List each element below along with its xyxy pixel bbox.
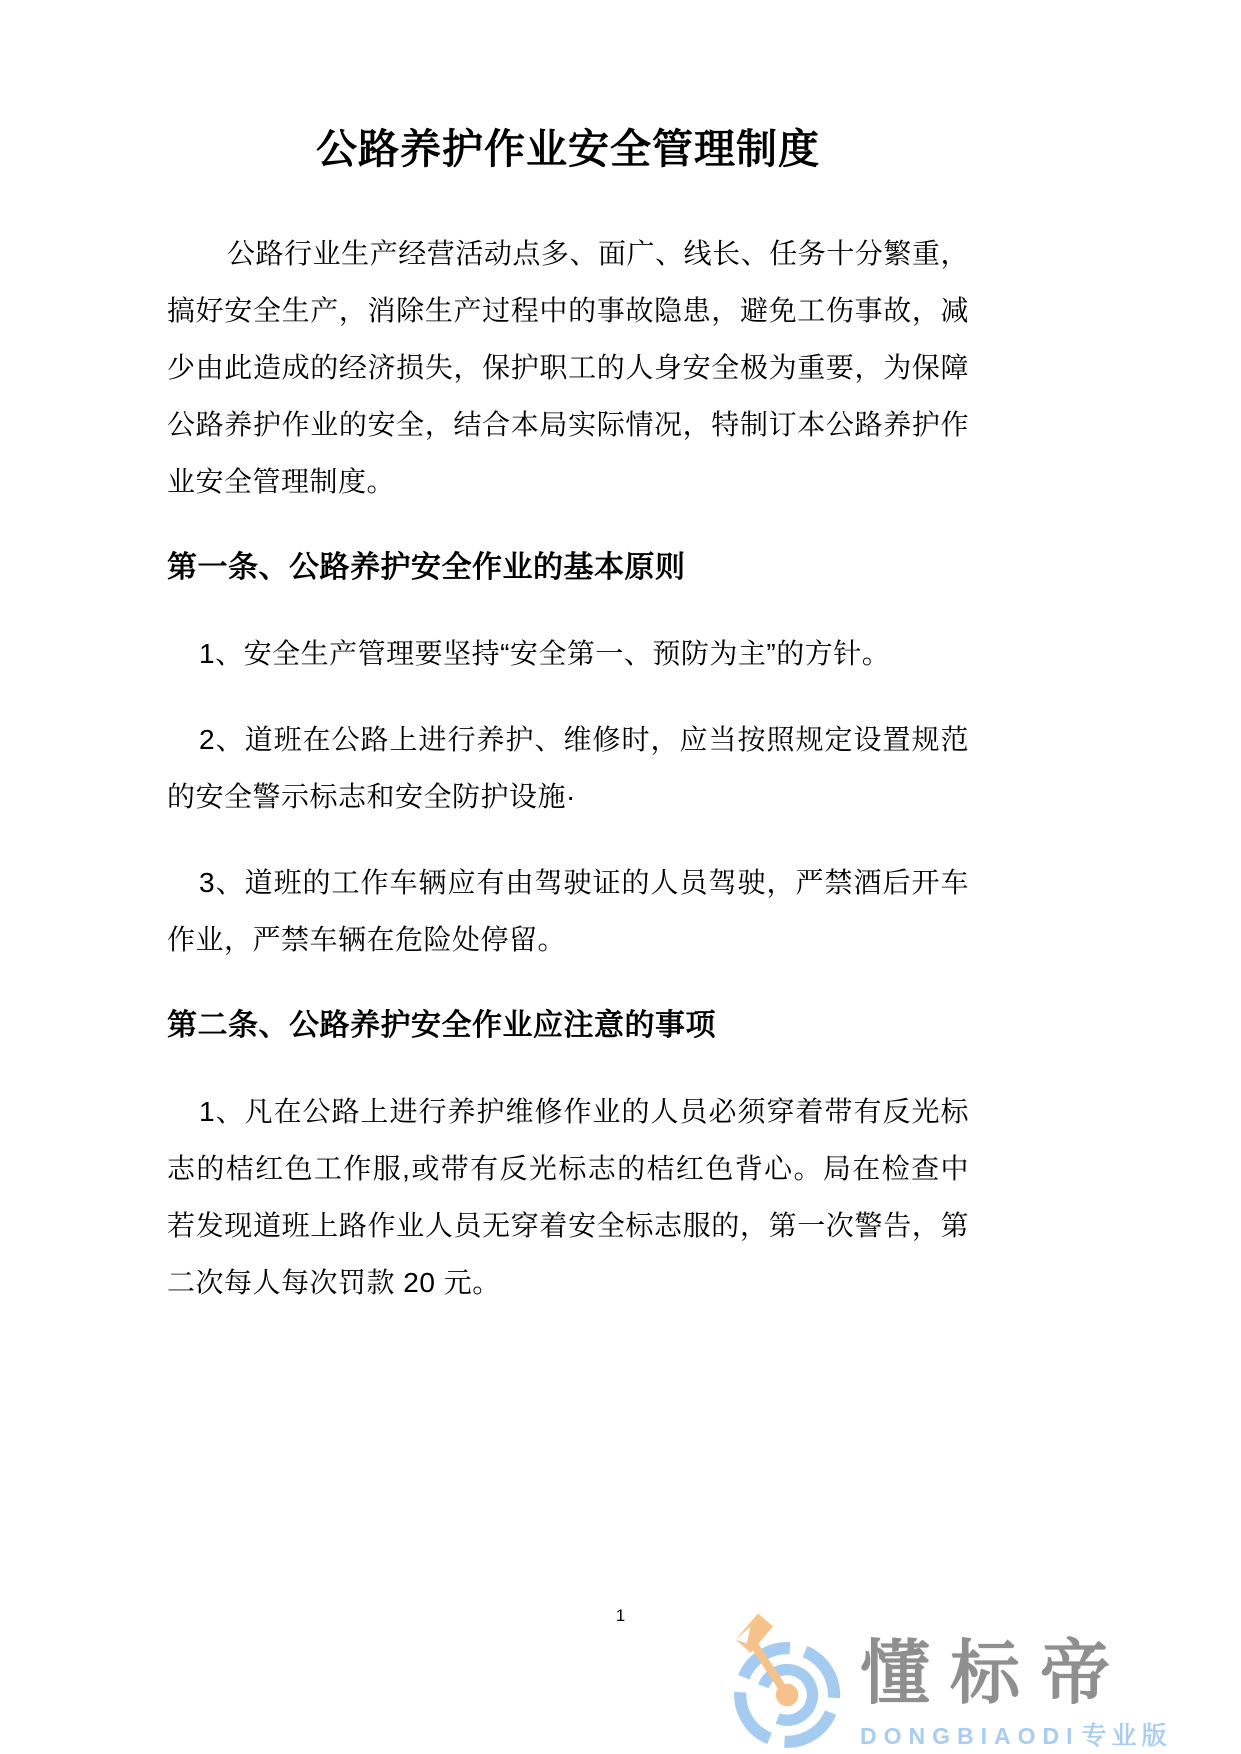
watermark: 懂标帝 DONGBIAODI 专业版	[728, 1604, 1172, 1754]
watermark-brand-row: DONGBIAODI 专业版	[860, 1716, 1172, 1752]
section-1-item-3: 3、道班的工作车辆应有由驾驶证的人员驾驶，严禁酒后开车作业，严禁车辆在危险处停留…	[167, 854, 969, 968]
intro-paragraph: 公路行业生产经营活动点多、面广、线长、任务十分繁重，搞好安全生产，消除生产过程中…	[167, 225, 969, 510]
document-page: 公路养护作业安全管理制度 公路行业生产经营活动点多、面广、线长、任务十分繁重，搞…	[0, 0, 1241, 1754]
watermark-brand-suffix: 专业版	[1082, 1716, 1172, 1752]
section-1-heading: 第一条、公路养护安全作业的基本原则	[167, 539, 969, 596]
section-1-item-1: 1、安全生产管理要坚持“安全第一、预防为主”的方针。	[167, 625, 969, 682]
document-title: 公路养护作业安全管理制度	[167, 122, 969, 177]
section-2-heading: 第二条、公路养护安全作业应注意的事项	[167, 997, 969, 1054]
watermark-text: 懂标帝 DONGBIAODI 专业版	[860, 1638, 1172, 1754]
watermark-brand-en: DONGBIAODI	[860, 1723, 1080, 1750]
document-content: 公路养护作业安全管理制度 公路行业生产经营活动点多、面广、线长、任务十分繁重，搞…	[0, 0, 1241, 1311]
watermark-brand-cn: 懂标帝	[860, 1638, 1172, 1708]
target-arrow-icon	[728, 1604, 850, 1754]
section-2-item-1: 1、凡在公路上进行养护维修作业的人员必须穿着带有反光标志的桔红色工作服,或带有反…	[167, 1083, 969, 1311]
section-1-item-2: 2、道班在公路上进行养护、维修时，应当按照规定设置规范的安全警示标志和安全防护设…	[167, 711, 969, 825]
